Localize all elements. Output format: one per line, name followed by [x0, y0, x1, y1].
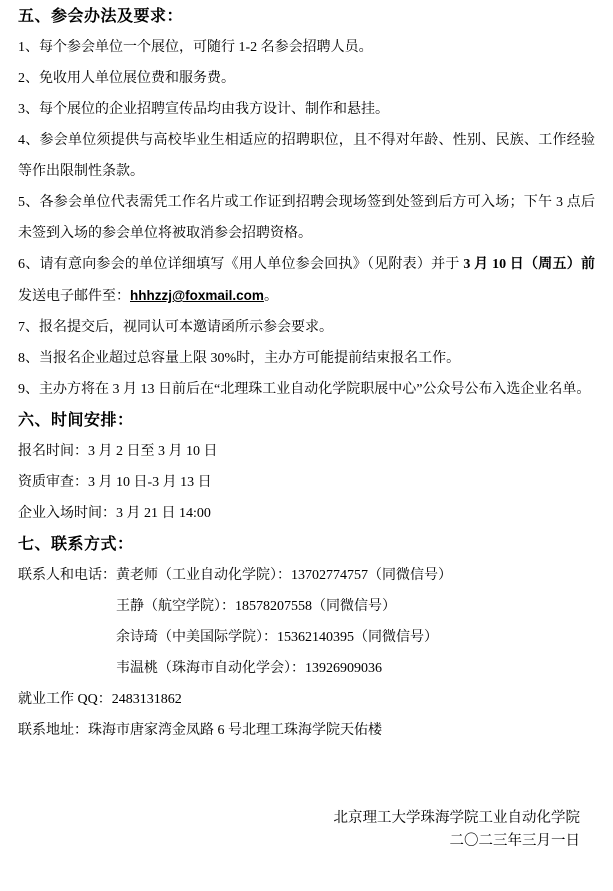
schedule-signup-time-text: 报名时间：3 月 2 日至 3 月 10 日	[18, 444, 218, 459]
schedule-entry-time: 企业入场时间：3 月 21 日 14:00	[18, 498, 595, 529]
item-6-text: 3 月 10 日（周五）前	[463, 257, 595, 272]
contact-line-qq: 就业工作 QQ：2483131862	[18, 684, 595, 715]
heading-section-6: 六、时间安排：	[18, 405, 595, 436]
contact-line-weiwentao-text: 韦温桃（珠海市自动化学会）：13926909036	[116, 661, 382, 676]
contact-line-wangjing-text: 王静（航空学院）：18578207558（同微信号）	[116, 599, 396, 614]
heading-section-5: 五、参会办法及要求：	[18, 1, 595, 32]
item-6-text: 6、请有意向参会的单位详细填写《用人单位参会回执》（见附表）并于	[18, 257, 463, 272]
item-5-text: 5、各参会单位代表需凭工作名片或工作证到招聘会现场签到处签到后方可入场；下午 3…	[18, 195, 595, 241]
item-4: 4、参会单位须提供与高校毕业生相适应的招聘职位，且不得对年龄、性别、民族、工作经…	[18, 125, 595, 187]
signature-org: 北京理工大学珠海学院工业自动化学院	[18, 807, 580, 830]
contact-line-address: 联系地址：珠海市唐家湾金凤路 6 号北理工珠海学院天佑楼	[18, 715, 595, 746]
heading-section-7-text: 七、联系方式：	[18, 536, 134, 553]
contact-line-huang: 联系人和电话：黄老师（工业自动化学院）：13702774757（同微信号）	[18, 560, 595, 591]
item-9: 9、主办方将在 3 月 13 日前后在“北理珠工业自动化学院职展中心”公众号公布…	[18, 374, 595, 405]
signature-block: 北京理工大学珠海学院工业自动化学院 二〇二三年三月一日	[18, 807, 595, 853]
item-7: 7、报名提交后，视同认可本邀请函所示参会要求。	[18, 312, 595, 343]
item-1-text: 1、每个参会单位一个展位，可随行 1-2 名参会招聘人员。	[18, 40, 373, 55]
contact-line-huang-text: 联系人和电话：黄老师（工业自动化学院）：13702774757（同微信号）	[18, 568, 452, 583]
schedule-entry-time-text: 企业入场时间：3 月 21 日 14:00	[18, 506, 211, 521]
item-3: 3、每个展位的企业招聘宣传品均由我方设计、制作和悬挂。	[18, 94, 595, 125]
heading-section-5-text: 五、参会办法及要求：	[18, 8, 183, 25]
document-body: 五、参会办法及要求：1、每个参会单位一个展位，可随行 1-2 名参会招聘人员。2…	[18, 1, 595, 746]
item-2-text: 2、免收用人单位展位费和服务费。	[18, 71, 235, 86]
item-7-text: 7、报名提交后，视同认可本邀请函所示参会要求。	[18, 320, 333, 335]
item-8: 8、当报名企业超过总容量上限 30%时，主办方可能提前结束报名工作。	[18, 343, 595, 374]
item-8-text: 8、当报名企业超过总容量上限 30%时，主办方可能提前结束报名工作。	[18, 351, 460, 366]
contact-line-yushiqi: 余诗琦（中美国际学院）：15362140395（同微信号）	[18, 622, 595, 653]
item-1: 1、每个参会单位一个展位，可随行 1-2 名参会招聘人员。	[18, 32, 595, 63]
item-6: 6、请有意向参会的单位详细填写《用人单位参会回执》（见附表）并于 3 月 10 …	[18, 249, 595, 312]
contact-line-wangjing: 王静（航空学院）：18578207558（同微信号）	[18, 591, 595, 622]
schedule-qualification-review-text: 资质审查：3 月 10 日-3 月 13 日	[18, 475, 212, 490]
contact-line-weiwentao: 韦温桃（珠海市自动化学会）：13926909036	[18, 653, 595, 684]
email-link[interactable]: hhhzzj@foxmail.com	[130, 288, 264, 303]
item-6-text: 发送电子邮件至：	[18, 289, 130, 304]
heading-section-6-text: 六、时间安排：	[18, 412, 134, 429]
contact-line-qq-text: 就业工作 QQ：2483131862	[18, 692, 182, 707]
item-6-text: 。	[264, 289, 278, 304]
item-3-text: 3、每个展位的企业招聘宣传品均由我方设计、制作和悬挂。	[18, 102, 389, 117]
contact-line-yushiqi-text: 余诗琦（中美国际学院）：15362140395（同微信号）	[116, 630, 438, 645]
item-4-text: 4、参会单位须提供与高校毕业生相适应的招聘职位，且不得对年龄、性别、民族、工作经…	[18, 133, 595, 179]
item-5: 5、各参会单位代表需凭工作名片或工作证到招聘会现场签到处签到后方可入场；下午 3…	[18, 187, 595, 249]
document-page: 五、参会办法及要求：1、每个参会单位一个展位，可随行 1-2 名参会招聘人员。2…	[0, 0, 613, 891]
item-2: 2、免收用人单位展位费和服务费。	[18, 63, 595, 94]
contact-line-address-text: 联系地址：珠海市唐家湾金凤路 6 号北理工珠海学院天佑楼	[18, 723, 382, 738]
signature-date: 二〇二三年三月一日	[18, 830, 580, 853]
heading-section-7: 七、联系方式：	[18, 529, 595, 560]
schedule-signup-time: 报名时间：3 月 2 日至 3 月 10 日	[18, 436, 595, 467]
schedule-qualification-review: 资质审查：3 月 10 日-3 月 13 日	[18, 467, 595, 498]
item-9-text: 9、主办方将在 3 月 13 日前后在“北理珠工业自动化学院职展中心”公众号公布…	[18, 382, 590, 397]
